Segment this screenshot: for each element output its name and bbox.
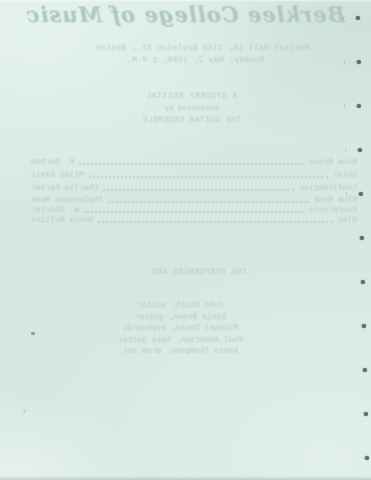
scanned-program-page: Berklee College of Music Recital Hall 1A… <box>0 0 371 480</box>
performer-name: Paul Anderson, bass guitar <box>0 335 366 347</box>
piece-title: Footprints <box>309 206 357 215</box>
bleed-through-layer: Berklee College of Music Recital Hall 1A… <box>0 0 371 480</box>
event-title-ghost: A STUDENT RECITAL <box>6 92 371 101</box>
binding-hole-icon <box>362 324 366 328</box>
event-presenter-ghost: THE GUITAR ENSEMBLE <box>6 116 371 125</box>
program-row: Blue Bossa K. Dorham <box>31 158 357 167</box>
binding-hole-icon <box>365 456 369 460</box>
composer-name: Sonny Rollins <box>31 216 93 225</box>
binding-hole-icon <box>360 236 364 240</box>
venue-line-ghost: Recital Hall 1A, 1140 Boylston St., Bost… <box>17 44 371 53</box>
binding-hole-icon <box>358 148 362 152</box>
piece-title: Blue Bossa <box>309 158 357 167</box>
performer-name: David Brown, guitar <box>0 312 366 324</box>
composer-name: K. Dorham <box>31 158 74 167</box>
performer-name: John Smith, guitar <box>0 300 366 312</box>
event-subtitle-ghost: presented by <box>6 105 371 113</box>
performers-list-ghost: John Smith, guitar David Brown, guitar M… <box>0 300 366 358</box>
composer-name: Miles Davis <box>31 171 84 180</box>
binding-hole-icon <box>361 280 365 284</box>
dotted-leader <box>84 211 304 213</box>
program-row: Footprints W. Shorter <box>31 206 357 215</box>
piece-title: Solar <box>333 171 357 180</box>
event-block-ghost: A STUDENT RECITAL presented by THE GUITA… <box>6 92 371 125</box>
dotted-leader <box>108 201 309 203</box>
date-line-ghost: Monday, May 2, 1988, 1 P.M. <box>10 56 371 65</box>
school-title-ghost: Berklee College of Music <box>0 2 371 27</box>
binding-hole-icon <box>359 192 363 196</box>
composer-name: W. Shorter <box>31 206 79 215</box>
binding-hole-icon <box>356 16 360 20</box>
program-row: Blue Monk Thelonious Monk <box>31 196 357 205</box>
program-row: Solar Miles Davis <box>31 171 357 180</box>
performer-name: Kevin Thompson, drum set <box>0 346 366 358</box>
binding-hole-icon <box>357 104 361 108</box>
composer-name: Thelonious Monk <box>31 196 103 205</box>
binding-hole-icon <box>364 412 368 416</box>
performers-heading-ghost: THE PERFORMERS ARE: <box>11 268 371 277</box>
dotted-leader <box>98 221 332 223</box>
binding-hole-icon <box>357 60 361 64</box>
performer-name: Michael Davis, keyboards <box>0 323 366 335</box>
pencil-speck <box>31 332 35 335</box>
dotted-leader <box>89 176 328 178</box>
program-row: Confirmation Charlie Parker <box>31 184 357 193</box>
dotted-leader <box>79 163 304 165</box>
binding-hole-icon <box>363 368 367 372</box>
composer-name: Charlie Parker <box>31 184 98 193</box>
dotted-leader <box>103 189 294 191</box>
piece-title: Blue Monk <box>314 196 357 205</box>
piece-title: Oleo <box>338 216 357 225</box>
program-row: Oleo Sonny Rollins <box>31 216 357 225</box>
